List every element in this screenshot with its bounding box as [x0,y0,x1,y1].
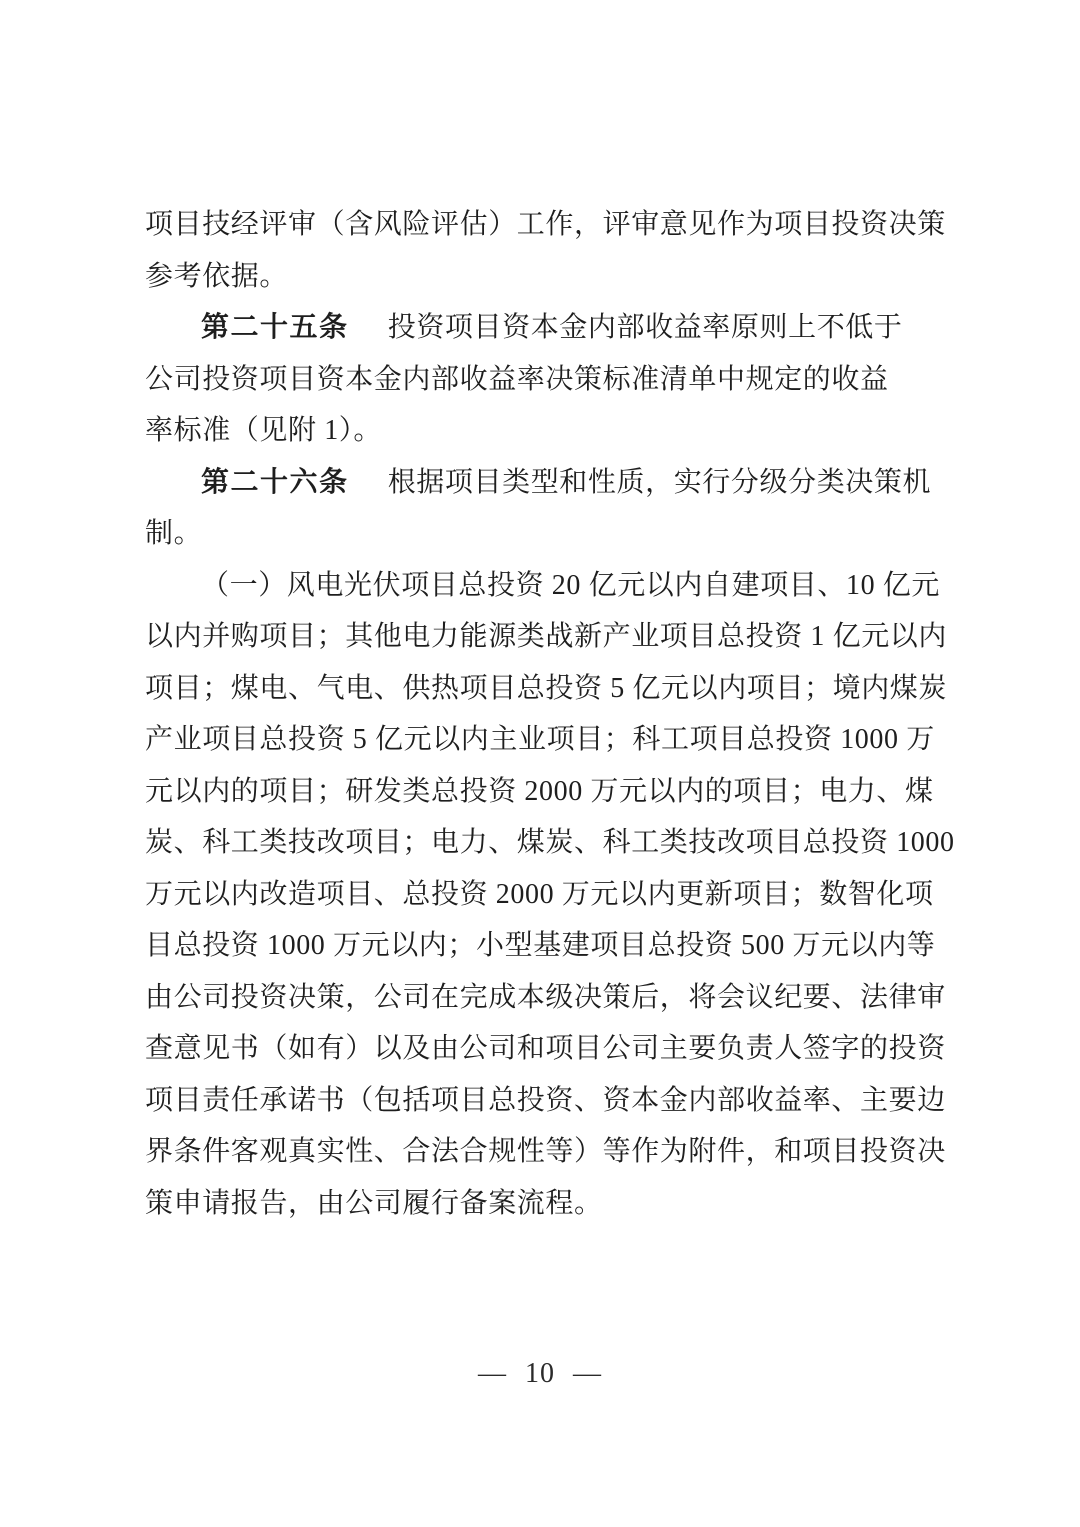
page-number: — 10 — [478,1358,602,1389]
paragraph-text: （一）风电光伏项目总投资 20 亿元以内自建项目、10 亿元 以内并购项目；其他… [145,570,955,1219]
paragraph-text: 项目技经评审（含风险评估）工作，评审意见作为项目投资决策 参考依据。 [145,209,946,292]
paragraph-article-25: 第二十五条投资项目资本金内部收益率原则上不低于 公司投资项目资本金内部收益率决策… [145,302,975,457]
article-number: 第二十五条 [201,312,349,343]
paragraph-item-1: （一）风电光伏项目总投资 20 亿元以内自建项目、10 亿元 以内并购项目；其他… [145,560,975,1230]
page-footer: — 10 — [0,1356,1080,1392]
article-number: 第二十六条 [201,467,349,498]
document-body: 项目技经评审（含风险评估）工作，评审意见作为项目投资决策 参考依据。 第二十五条… [145,199,975,1229]
paragraph-article-26: 第二十六条根据项目类型和性质，实行分级分类决策机 制。 [145,457,975,560]
paragraph-continuation: 项目技经评审（含风险评估）工作，评审意见作为项目投资决策 参考依据。 [145,199,975,302]
document-page: 项目技经评审（含风险评估）工作，评审意见作为项目投资决策 参考依据。 第二十五条… [0,0,1080,1527]
